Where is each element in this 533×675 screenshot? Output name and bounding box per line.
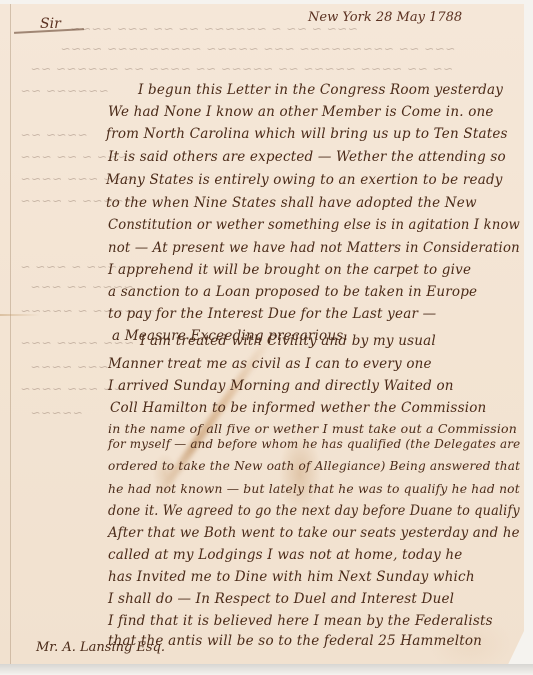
- letter-line: It is said others are expected — Wether …: [108, 149, 506, 165]
- salutation-mark: Sir: [40, 16, 61, 32]
- letter-line: Constitution or wether something else is…: [108, 217, 520, 233]
- bleed-through-text: ~~ ~~ ~~~~ ~~~~~ ~~ ~~~~~ ~~ ~~~~ ~~ ~~~…: [30, 62, 453, 76]
- letter-line: I apprehend it will be brought on the ca…: [108, 262, 471, 278]
- letter-line: called at my Lodgings I was not at home,…: [108, 547, 463, 563]
- dateline: New York 28 May 1788: [308, 10, 462, 25]
- fold-line-vertical: [10, 4, 11, 664]
- letter-line: he had not known — but lately that he wa…: [108, 481, 520, 496]
- letter-line: has Invited me to Dine with him Next Sun…: [108, 569, 475, 585]
- letter-line: I begun this Letter in the Congress Room…: [138, 82, 503, 98]
- letter-line: to pay for the Interest Due for the Last…: [108, 306, 436, 322]
- letter-line: not — At present we have had not Matters…: [108, 240, 520, 256]
- bleed-through-text: ~~~~~: [30, 406, 83, 420]
- bleed-through-text: ~~~~ ~~: [20, 128, 88, 142]
- letter-line: to the when Nine States shall have adopt…: [106, 195, 477, 211]
- letter-line: After that we Both went to take our seat…: [108, 525, 520, 541]
- letter-line: done it. We agreed to go the next day be…: [108, 503, 520, 519]
- letter-line: ordered to take the New oath of Allegian…: [108, 458, 520, 473]
- letter-line: I am treated with Civility and by my usu…: [140, 333, 436, 349]
- letter-line: a sanction to a Loan proposed to be take…: [108, 284, 477, 300]
- addressee-line: Mr. A. Lansing Esq.: [36, 640, 165, 655]
- page-shadow: [0, 664, 533, 675]
- letter-line: for myself — and before whom he has qual…: [108, 436, 520, 451]
- letter-line: Many States is entirely owing to an exer…: [106, 172, 503, 188]
- letter-line: Coll Hamilton to be informed wether the …: [110, 400, 486, 416]
- document-viewer: ~~~ ~ ~~ ~ ~~~~~~ ~~ ~~ ~~~ ~~~~ ~~~ ~~ …: [0, 0, 533, 675]
- letter-line: We had None I know an other Member is Co…: [108, 104, 494, 120]
- bleed-through-text: ~~~ ~~~~: [30, 360, 108, 374]
- bleed-through-text: ~~~~~~ ~~: [20, 84, 109, 98]
- bleed-through-text: ~~~ ~~ ~~~~~~~~~ ~~~ ~~~~~ ~~~~~~~~~ ~~~…: [60, 42, 455, 56]
- letter-line: from North Carolina which will bring us …: [106, 126, 508, 142]
- letter-line: Manner treat me as civil as I can to eve…: [108, 356, 432, 372]
- letter-line: I arrived Sunday Morning and directly Wa…: [108, 378, 454, 394]
- letter-line: I shall do — In Respect to Duel and Inte…: [108, 591, 454, 607]
- letter-line: I find that it is believed here I mean b…: [108, 613, 493, 629]
- letter-line: in the name of all five or wether I must…: [108, 421, 517, 436]
